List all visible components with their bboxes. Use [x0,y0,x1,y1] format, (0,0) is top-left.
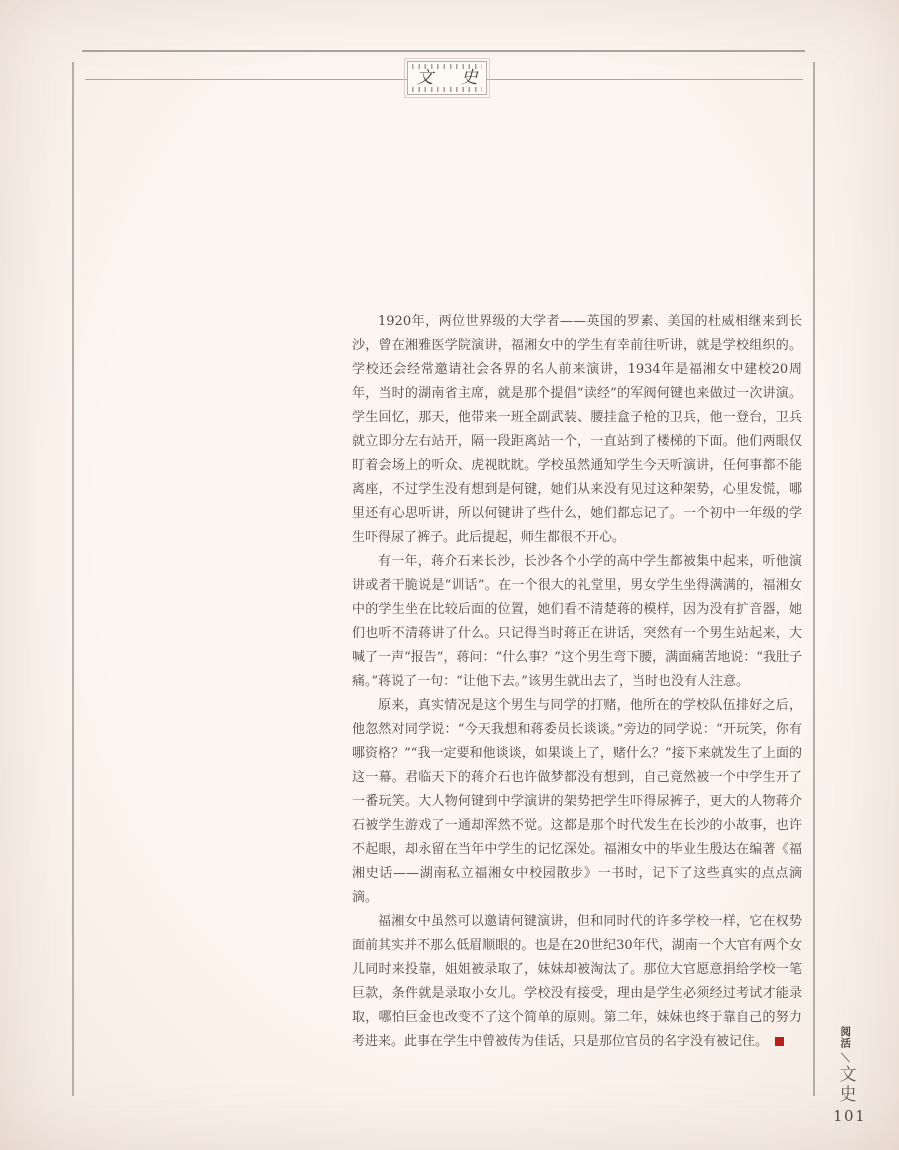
right-border-rule [813,62,815,1096]
section-badge: 文 史 [407,61,487,95]
article-body: 1920年，两位世界级的大学者——英国的罗素、美国的杜威相继来到长沙，曾在湘雅医… [352,310,802,1054]
top-rule [82,50,805,52]
article-paragraph: 原来，真实情况是这个男生与同学的打赌，他所在的学校队伍排好之后，他忽然对同学说：… [352,694,802,910]
page-number: 101 [833,1107,866,1125]
section-badge-title: 文 史 [405,70,488,87]
margin-label-small: 阅活 [840,1026,851,1049]
slash-divider-icon [840,1052,849,1062]
article-paragraph: 1920年，两位世界级的大学者——英国的罗素、美国的杜威相继来到长沙，曾在湘雅医… [352,310,802,550]
article-paragraph-text: 福湘女中虽然可以邀请何键演讲，但和同时代的许多学校一样，它在权势面前其实并不那么… [352,914,802,1049]
article-paragraph: 福湘女中虽然可以邀请何键演讲，但和同时代的许多学校一样，它在权势面前其实并不那么… [352,910,802,1054]
article-paragraph: 有一年，蒋介石来长沙，长沙各个小学的高中学生都被集中起来，听他演讲或者干脆说是“… [352,550,802,694]
margin-section-label: 阅活 文史 [830,1026,860,1105]
magazine-page: 文 史 1920年，两位世界级的大学者——英国的罗素、美国的杜威相继来到长沙，曾… [0,0,899,1150]
margin-label-large: 文史 [837,1065,854,1105]
article-end-mark-icon [775,1037,784,1046]
left-border-rule [72,62,74,1096]
